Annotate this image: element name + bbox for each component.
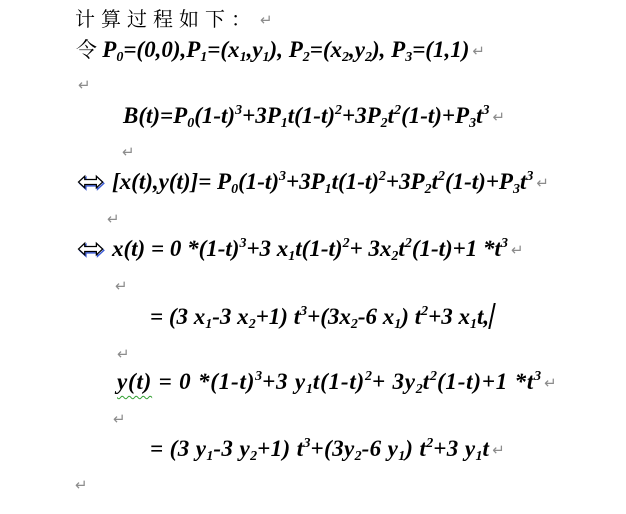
formula-subscript: 1: [394, 317, 401, 332]
formula-subscript: 1: [281, 116, 288, 131]
formula-text: 计算过程如下：: [75, 9, 257, 31]
formula-text: (1-t)+P: [401, 103, 469, 128]
formula-text: (1-t)+1 *t: [412, 236, 501, 261]
document-page[interactable]: 计算过程如下：↵ 令 P0=(0,0),P1=(x1,y1), P2=(x2,y…: [0, 0, 626, 514]
formula-subscript: 1: [306, 382, 313, 397]
formula-superscript: 2: [343, 236, 350, 251]
formula-text: t,: [477, 304, 489, 329]
paragraph-mark-icon: ↵: [117, 345, 130, 363]
paragraph-mark-icon: ↵: [536, 174, 549, 192]
empty-paragraph[interactable]: ↵: [117, 347, 130, 364]
formula-text: t: [423, 369, 430, 394]
formula-text: (1-t)+P: [445, 169, 513, 194]
formula-superscript: 3: [235, 103, 242, 118]
paragraph-mark-icon: ↵: [75, 476, 88, 494]
formula-subscript: 2: [355, 449, 362, 464]
empty-paragraph[interactable]: ↵: [78, 78, 91, 95]
formula-text: t(1-t): [288, 103, 335, 128]
formula-text: + 3y: [372, 369, 416, 394]
formula-text: =(1,1): [412, 37, 469, 62]
formula-subscript: 3: [405, 50, 412, 65]
formula-superscript: 2: [405, 236, 412, 251]
vector-form-line[interactable]: [x(t),y(t)]= P0(1-t)3+3P1t(1-t)2+3P2t2(1…: [77, 168, 549, 196]
formula-subscript: 1: [325, 182, 332, 197]
formula-text: +3 y: [433, 436, 475, 461]
formula-superscript: 3: [304, 436, 311, 451]
text-cursor: [488, 303, 496, 329]
formula-text: t: [482, 436, 489, 461]
y-expanded-line[interactable]: = (3 y1-3 y2+1) t3+(3y2-6 y1) t2+3 y1t↵: [150, 435, 505, 463]
formula-superscript: 2: [379, 169, 386, 184]
paragraph-mark-icon: ↵: [107, 210, 120, 228]
paragraph-mark-icon: ↵: [544, 374, 557, 392]
formula-subscript: 1: [475, 449, 482, 464]
formula-superscript: 2: [430, 369, 437, 384]
empty-paragraph[interactable]: ↵: [107, 212, 120, 229]
formula-text: (1-t)+1 *t: [437, 369, 534, 394]
formula-text: +3 y: [262, 369, 306, 394]
formula-superscript: 3: [300, 304, 307, 319]
formula-text: P: [102, 37, 116, 62]
formula-text: +3P: [286, 169, 325, 194]
formula-superscript: 2: [421, 304, 428, 319]
grammar-flagged-text: y(t): [117, 369, 152, 394]
formula-text: ,y: [349, 37, 365, 62]
formula-text: +3P: [386, 169, 425, 194]
formula-subscript: 2: [425, 182, 432, 197]
formula-text: t(1-t): [313, 369, 365, 394]
formula-text: [x(t),y(t)]= P: [112, 169, 231, 194]
formula-superscript: 3: [255, 369, 262, 384]
formula-subscript: 3: [513, 182, 520, 197]
formula-subscript: 2: [250, 449, 257, 464]
formula-subscript: 0: [116, 50, 123, 65]
formula-superscript: 2: [438, 169, 445, 184]
formula-text: -3 y: [213, 436, 250, 461]
formula-text: ) t: [401, 304, 421, 329]
formula-text: =(x: [310, 37, 342, 62]
formula-text: t: [432, 169, 438, 194]
formula-text: = 0 *(1-t): [152, 369, 255, 394]
formula-text: t(1-t): [332, 169, 379, 194]
formula-text: (1-t): [238, 169, 279, 194]
y-component-line[interactable]: y(t) = 0 *(1-t)3+3 y1t(1-t)2+ 3y2t2(1-t)…: [117, 368, 557, 396]
formula-subscript: 3: [469, 116, 476, 131]
formula-text: B(t)=P: [123, 103, 187, 128]
empty-paragraph[interactable]: ↵: [115, 279, 128, 296]
formula-text: t(1-t): [295, 236, 342, 261]
equivalence-double-arrow-icon: [77, 174, 105, 191]
formula-subscript: 2: [351, 317, 358, 332]
x-expanded-line[interactable]: = (3 x1-3 x2+1) t3+(3x2-6 x1) t2+3 x1t,: [150, 303, 493, 331]
cjk-text: 令: [76, 38, 102, 62]
paragraph-mark-icon: ↵: [78, 76, 91, 94]
formula-subscript: 1: [205, 317, 212, 332]
formula-subscript: 1: [263, 50, 270, 65]
formula-subscript: 1: [240, 50, 247, 65]
formula-superscript: 3: [501, 236, 508, 251]
paragraph-mark-icon: ↵: [115, 277, 128, 295]
formula-superscript: 2: [335, 103, 342, 118]
formula-text: +1) t: [257, 436, 303, 461]
formula-subscript: 2: [365, 50, 372, 65]
formula-superscript: 3: [279, 169, 286, 184]
formula-superscript: 3: [482, 103, 489, 118]
formula-text: +1) t: [256, 304, 300, 329]
formula-text: t: [398, 236, 404, 261]
paragraph-mark-icon: ↵: [260, 11, 273, 29]
formula-subscript: 2: [342, 50, 349, 65]
bezier-formula-line[interactable]: B(t)=P0(1-t)3+3P1t(1-t)2+3P2t2(1-t)+P3t3…: [123, 102, 505, 130]
formula-superscript: 3: [526, 169, 533, 184]
formula-text: ) t: [405, 436, 426, 461]
formula-subscript: 2: [381, 116, 388, 131]
formula-superscript: 2: [365, 369, 372, 384]
formula-subscript: 1: [470, 317, 477, 332]
x-component-line[interactable]: x(t) = 0 *(1-t)3+3 x1t(1-t)2+ 3x2t2(1-t)…: [77, 235, 524, 263]
formula-text: = (3 y: [150, 436, 206, 461]
paragraph-mark-icon: ↵: [122, 143, 135, 161]
formula-subscript: 1: [206, 449, 213, 464]
formula-subscript: 1: [398, 449, 405, 464]
formula-subscript: 1: [288, 249, 295, 264]
formula-text: ,y: [247, 37, 263, 62]
empty-paragraph[interactable]: ↵: [75, 478, 88, 495]
formula-text: -6 x: [358, 304, 394, 329]
formula-superscript: 2: [426, 436, 433, 451]
formula-superscript: 3: [239, 236, 246, 251]
formula-subscript: 0: [231, 182, 238, 197]
formula-text: + 3x: [350, 236, 392, 261]
formula-subscript: 1: [200, 50, 207, 65]
heading-line[interactable]: 计算过程如下：↵: [75, 8, 273, 32]
formula-subscript: 2: [391, 249, 398, 264]
formula-subscript: 2: [303, 50, 310, 65]
formula-text: +3 x: [428, 304, 470, 329]
formula-text: +3 x: [246, 236, 288, 261]
paragraph-mark-icon: ↵: [113, 410, 126, 428]
definition-line[interactable]: 令 P0=(0,0),P1=(x1,y1), P2=(x2,y2), P3=(1…: [76, 36, 485, 64]
paragraph-mark-icon: ↵: [511, 241, 524, 259]
empty-paragraph[interactable]: ↵: [113, 412, 126, 429]
formula-superscript: 2: [394, 103, 401, 118]
formula-text: =(0,0),P: [123, 37, 200, 62]
formula-text: ), P: [270, 37, 303, 62]
formula-text: +(3y: [311, 436, 355, 461]
formula-text: -3 x: [212, 304, 248, 329]
paragraph-mark-icon: ↵: [492, 108, 505, 126]
formula-subscript: 2: [249, 317, 256, 332]
formula-text: +(3x: [307, 304, 351, 329]
formula-subscript: 2: [416, 382, 423, 397]
formula-text: ), P: [372, 37, 405, 62]
equivalence-double-arrow-icon: [77, 241, 105, 258]
paragraph-mark-icon: ↵: [492, 441, 505, 459]
formula-text: -6 y: [362, 436, 399, 461]
formula-superscript: 3: [534, 369, 541, 384]
formula-text: x(t) = 0 *(1-t): [112, 236, 239, 261]
formula-text: +3P: [242, 103, 281, 128]
formula-subscript: 0: [187, 116, 194, 131]
formula-text: (1-t): [194, 103, 235, 128]
formula-text: = (3 x: [150, 304, 205, 329]
paragraph-mark-icon: ↵: [472, 42, 485, 60]
formula-text: +3P: [342, 103, 381, 128]
empty-paragraph[interactable]: ↵: [122, 145, 135, 162]
formula-text: =(x: [207, 37, 239, 62]
